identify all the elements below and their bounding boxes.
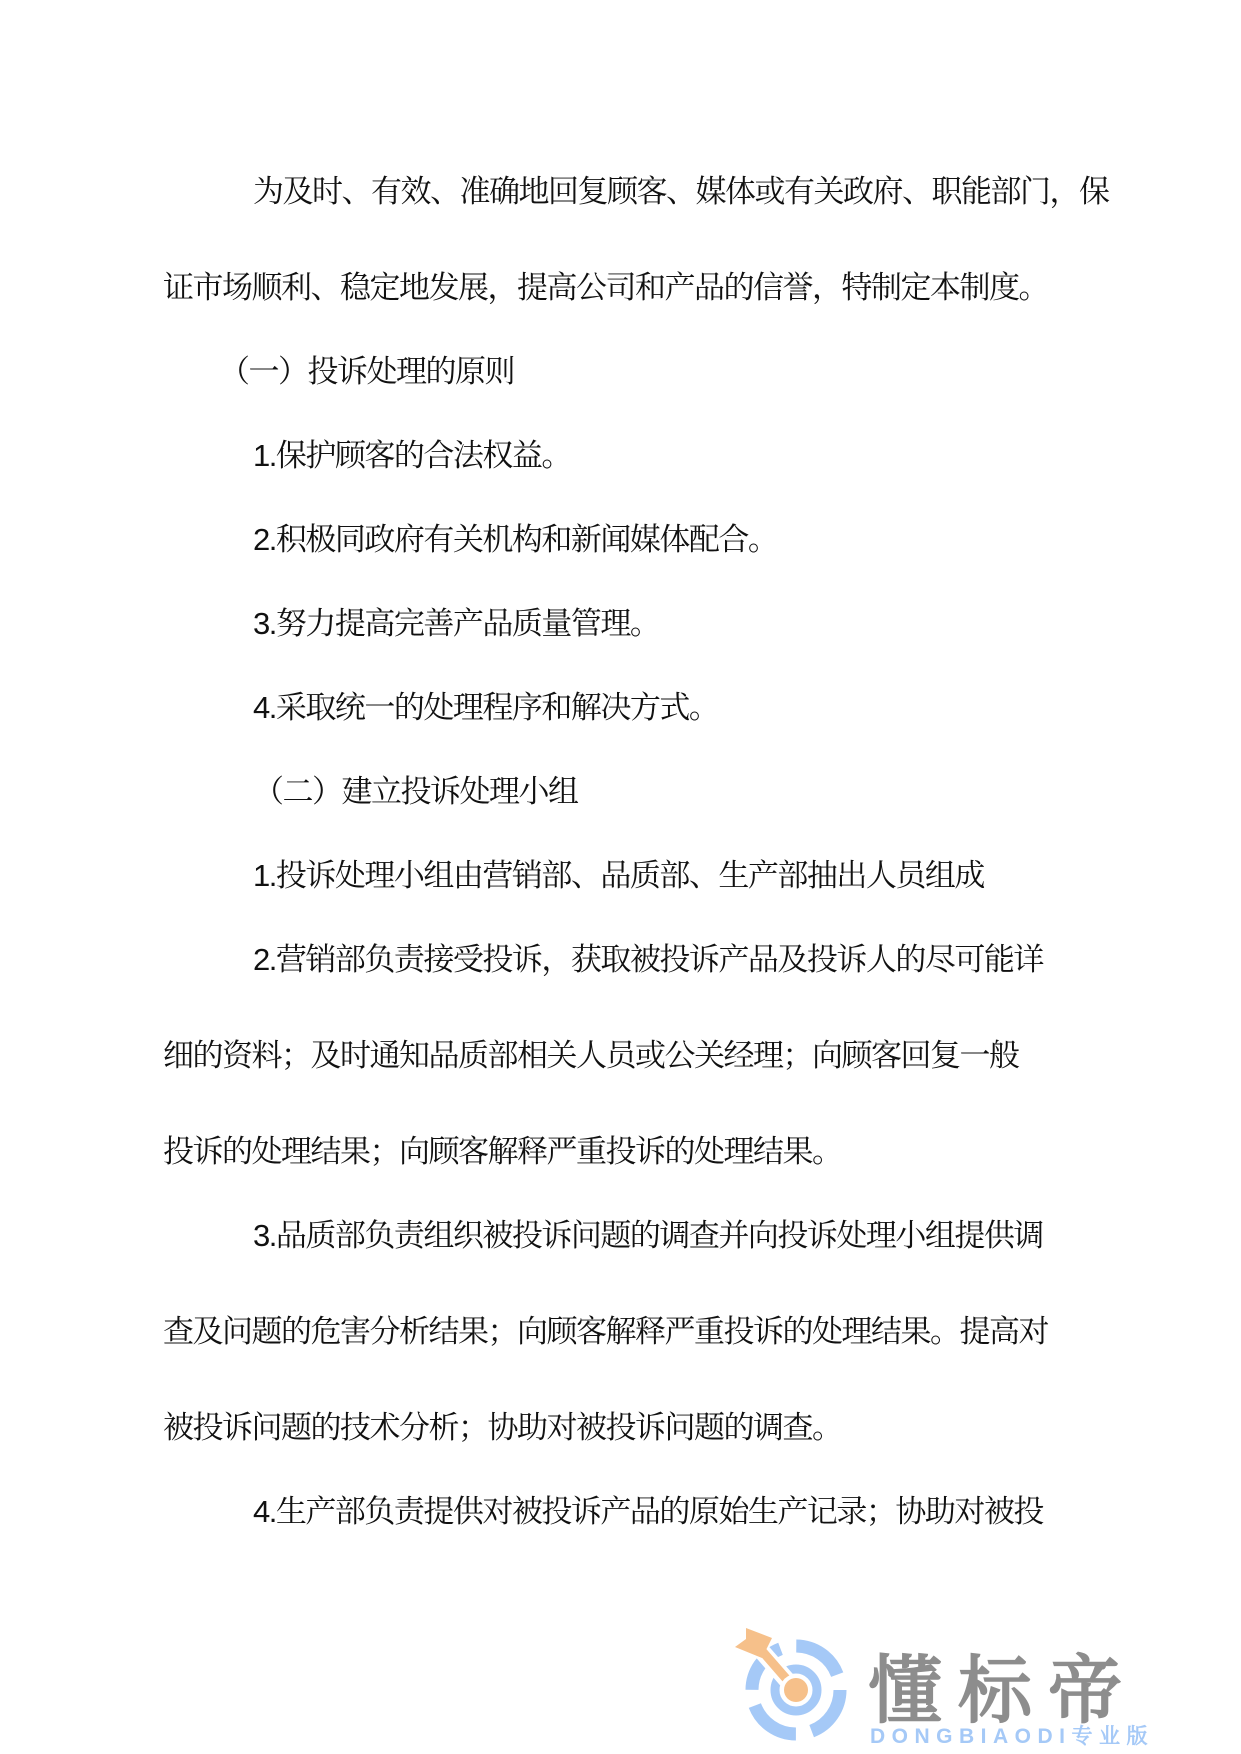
text-line: 被投诉问题的技术分析；协助对被投诉问题的调查。 [163,1386,1113,1470]
section-heading-1: （一）投诉处理的原则 [163,330,1113,414]
list-item: 3.品质部负责组织被投诉问题的调查并向投诉处理小组提供调 [163,1194,1113,1278]
text-line: 投诉的处理结果；向顾客解释严重投诉的处理结果。 [163,1110,1113,1194]
text-line: 查及问题的危害分析结果；向顾客解释严重投诉的处理结果。提高对 [163,1290,1113,1374]
text-line: 细的资料；及时通知品质部相关人员或公关经理；向顾客回复一般 [163,1014,1113,1098]
brand-latin: DONGBIAODI [870,1725,1072,1748]
list-item: 4.采取统一的处理程序和解决方式。 [163,666,1113,750]
document-body: 为及时、有效、准确地回复顾客、媒体或有关政府、职能部门，保 证市场顺利、稳定地发… [163,150,1113,1554]
section-heading-2: （二）建立投诉处理小组 [163,750,1113,834]
text-line: 为及时、有效、准确地回复顾客、媒体或有关政府、职能部门，保 [163,150,1113,234]
list-item: 2.积极同政府有关机构和新闻媒体配合。 [163,498,1113,582]
dongbiaodi-watermark: 懂标帝 DONGBIAODI专业版 [732,1624,1212,1754]
text-line: 证市场顺利、稳定地发展，提高公司和产品的信誉，特制定本制度。 [163,246,1113,330]
list-item: 2.营销部负责接受投诉，获取被投诉产品及投诉人的尽可能详 [163,918,1113,1002]
list-item: 3.努力提高完善产品质量管理。 [163,582,1113,666]
target-dart-icon [732,1624,852,1750]
list-item: 4.生产部负责提供对被投诉产品的原始生产记录；协助对被投 [163,1470,1113,1554]
brand-name-en: DONGBIAODI专业版 [870,1720,1154,1750]
list-item: 1.保护顾客的合法权益。 [163,414,1113,498]
document-page: 为及时、有效、准确地回复顾客、媒体或有关政府、职能部门，保 证市场顺利、稳定地发… [0,0,1241,1754]
list-item: 1.投诉处理小组由营销部、品质部、生产部抽出人员组成 [163,834,1113,918]
brand-edition: 专业版 [1072,1725,1155,1748]
